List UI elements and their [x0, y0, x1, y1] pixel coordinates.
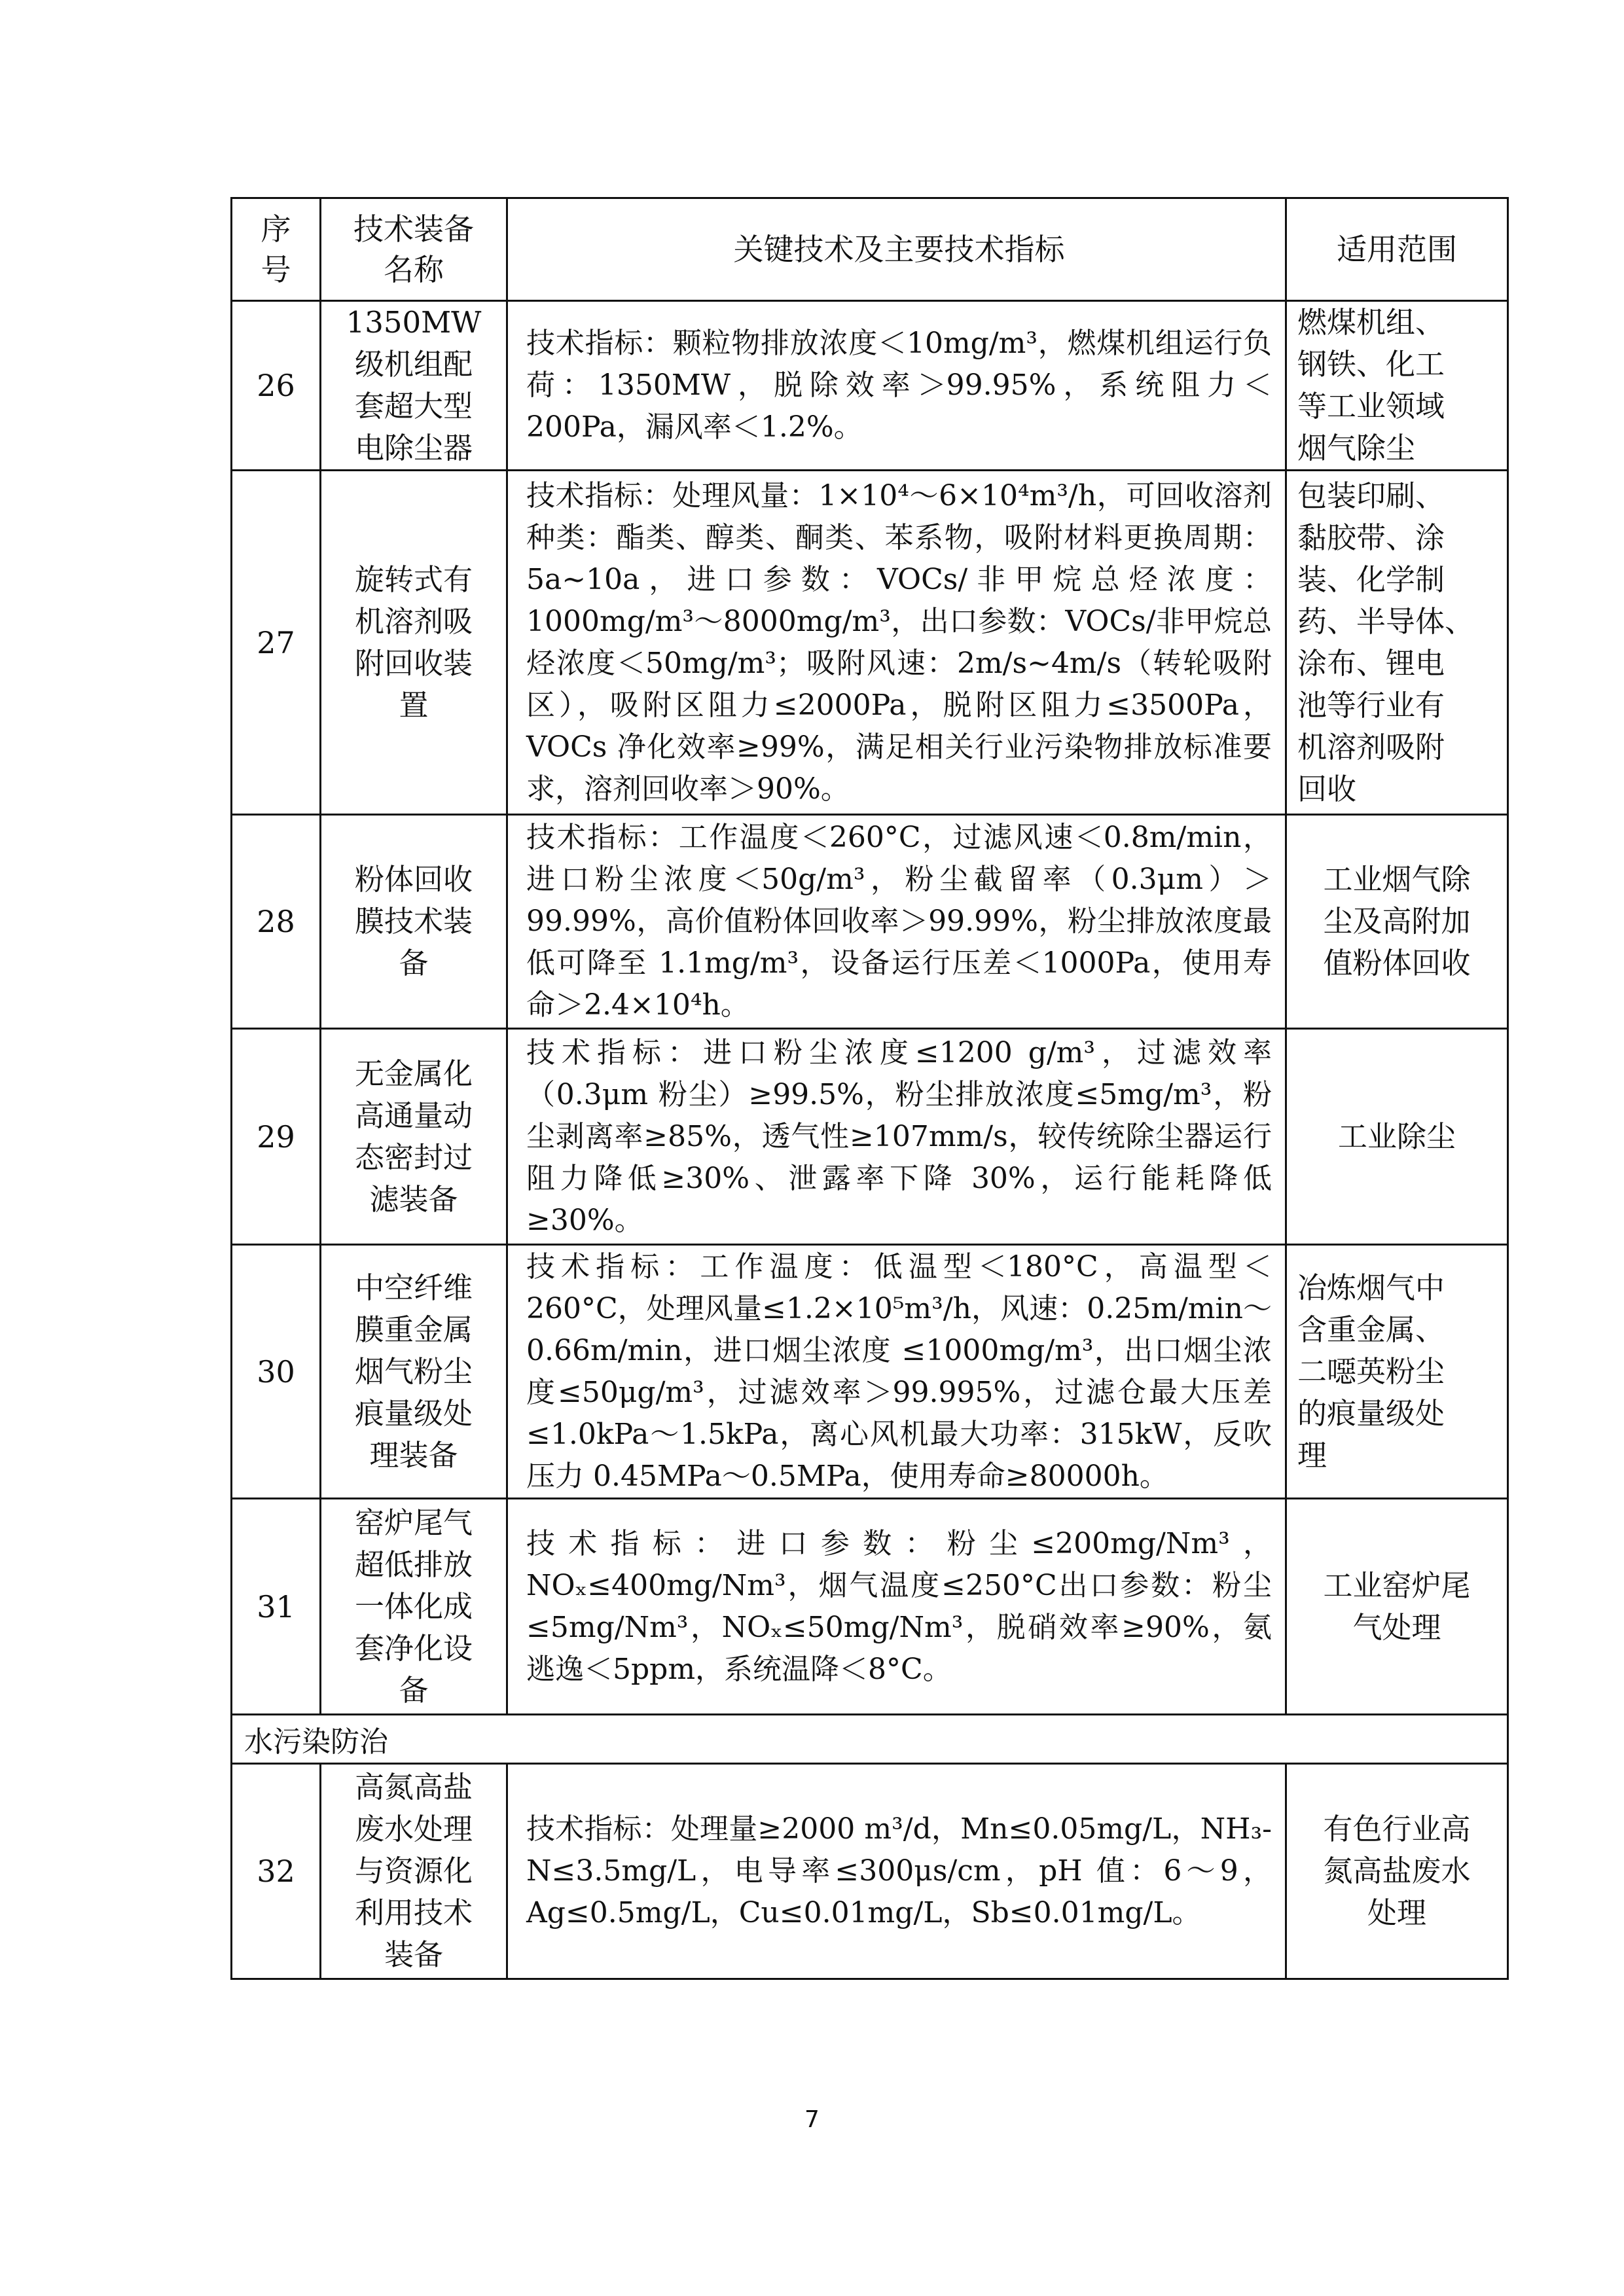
table-header-row: 序 号 技术装备 名称 关键技术及主要技术指标 适用范围 — [232, 198, 1508, 301]
cell-line: 装、化学制 — [1297, 559, 1496, 601]
cell-line: 旋转式有 — [331, 559, 497, 601]
technical-specs: 技术指标：进口参数：粉尘≤200mg/Nm³，NOₓ≤400mg/Nm³，烟气温… — [507, 1499, 1286, 1715]
serial-number: 27 — [232, 471, 321, 815]
cell-line: 一体化成 — [331, 1586, 497, 1628]
cell-line: 黏胶带、涂 — [1297, 517, 1496, 559]
cell-line: 电除尘器 — [331, 427, 497, 469]
equipment-name: 无金属化高通量动态密封过滤装备 — [321, 1029, 507, 1245]
cell-line: 燃煤机组、 — [1297, 302, 1496, 344]
cell-line: 工业烟气除 — [1297, 859, 1496, 901]
cell-line: 痕量级处 — [331, 1393, 497, 1435]
header-equipment-name: 技术装备 名称 — [321, 198, 507, 301]
equipment-name: 粉体回收膜技术装备 — [321, 815, 507, 1029]
cell-line: 氮高盐废水 — [1297, 1850, 1496, 1892]
serial-number: 30 — [232, 1245, 321, 1499]
application-scope: 工业除尘 — [1286, 1029, 1508, 1245]
equipment-name: 旋转式有机溶剂吸附回收装置 — [321, 471, 507, 815]
header-text: 技术装备 — [331, 209, 497, 249]
table-row: 31 窑炉尾气超低排放一体化成套净化设备 技术指标：进口参数：粉尘≤200mg/… — [232, 1499, 1508, 1715]
equipment-name: 高氮高盐废水处理与资源化利用技术装备 — [321, 1764, 507, 1979]
cell-line: 含重金属、 — [1297, 1309, 1496, 1351]
cell-line: 池等行业有 — [1297, 685, 1496, 726]
application-scope: 包装印刷、黏胶带、涂装、化学制药、半导体、涂布、锂电池等行业有机溶剂吸附回收 — [1286, 471, 1508, 815]
cell-line: 机溶剂吸 — [331, 601, 497, 643]
cell-line: 二噁英粉尘 — [1297, 1351, 1496, 1393]
technical-specs: 技术指标：颗粒物排放浓度＜10mg/m³，燃煤机组运行负荷：1350MW，脱除效… — [507, 301, 1286, 471]
cell-line: 处理 — [1297, 1892, 1496, 1934]
application-scope: 工业窑炉尾气处理 — [1286, 1499, 1508, 1715]
serial-number: 28 — [232, 815, 321, 1029]
cell-line: 无金属化 — [331, 1053, 497, 1095]
cell-line: 1350MW — [331, 302, 497, 344]
serial-number: 32 — [232, 1764, 321, 1979]
cell-line: 套净化设 — [331, 1628, 497, 1670]
equipment-table: 序 号 技术装备 名称 关键技术及主要技术指标 适用范围 26 1350MW级机… — [230, 197, 1509, 1980]
cell-line: 超低排放 — [331, 1544, 497, 1586]
equipment-name: 1350MW级机组配套超大型电除尘器 — [321, 301, 507, 471]
cell-line: 回收 — [1297, 768, 1496, 810]
table-row: 26 1350MW级机组配套超大型电除尘器 技术指标：颗粒物排放浓度＜10mg/… — [232, 301, 1508, 471]
cell-line: 药、半导体、 — [1297, 601, 1496, 643]
technical-specs: 技术指标：工作温度：低温型＜180°C，高温型＜260°C，处理风量≤1.2×1… — [507, 1245, 1286, 1499]
cell-line: 理装备 — [331, 1435, 497, 1477]
cell-line: 机溶剂吸附 — [1297, 726, 1496, 768]
cell-line: 废水处理 — [331, 1808, 497, 1850]
cell-line: 套超大型 — [331, 386, 497, 427]
cell-line: 工业除尘 — [1297, 1116, 1496, 1158]
cell-line: 涂布、锂电 — [1297, 643, 1496, 685]
cell-line: 粉体回收 — [331, 859, 497, 901]
application-scope: 燃煤机组、钢铁、化工等工业领域烟气除尘 — [1286, 301, 1508, 471]
section-header-row: 水污染防治 — [232, 1715, 1508, 1764]
table-row: 27 旋转式有机溶剂吸附回收装置 技术指标：处理风量：1×10⁴～6×10⁴m³… — [232, 471, 1508, 815]
cell-line: 工业窑炉尾 — [1297, 1565, 1496, 1607]
cell-line: 中空纤维 — [331, 1267, 497, 1309]
cell-line: 与资源化 — [331, 1850, 497, 1892]
equipment-name: 窑炉尾气超低排放一体化成套净化设备 — [321, 1499, 507, 1715]
application-scope: 工业烟气除尘及高附加值粉体回收 — [1286, 815, 1508, 1029]
serial-number: 29 — [232, 1029, 321, 1245]
header-text: 号 — [232, 249, 319, 290]
cell-line: 高通量动 — [331, 1095, 497, 1137]
cell-line: 高氮高盐 — [331, 1767, 497, 1808]
header-serial-number: 序 号 — [232, 198, 321, 301]
technical-specs: 技术指标：处理量≥2000 m³/d，Mn≤0.05mg/L，NH₃-N≤3.5… — [507, 1764, 1286, 1979]
table-row: 30 中空纤维膜重金属烟气粉尘痕量级处理装备 技术指标：工作温度：低温型＜180… — [232, 1245, 1508, 1499]
cell-line: 包装印刷、 — [1297, 475, 1496, 517]
table-row: 28 粉体回收膜技术装备 技术指标：工作温度＜260°C，过滤风速＜0.8m/m… — [232, 815, 1508, 1029]
application-scope: 有色行业高氮高盐废水处理 — [1286, 1764, 1508, 1979]
cell-line: 附回收装 — [331, 643, 497, 685]
cell-line: 置 — [331, 685, 497, 726]
cell-line: 滤装备 — [331, 1179, 497, 1221]
table-row: 29 无金属化高通量动态密封过滤装备 技术指标：进口粉尘浓度≤1200 g/m³… — [232, 1029, 1508, 1245]
header-key-technology: 关键技术及主要技术指标 — [507, 198, 1286, 301]
header-text: 序 — [232, 209, 319, 249]
cell-line: 钢铁、化工 — [1297, 344, 1496, 386]
cell-line: 烟气粉尘 — [331, 1351, 497, 1393]
cell-line: 理 — [1297, 1435, 1496, 1477]
cell-line: 窑炉尾气 — [331, 1502, 497, 1544]
equipment-name: 中空纤维膜重金属烟气粉尘痕量级处理装备 — [321, 1245, 507, 1499]
section-title: 水污染防治 — [232, 1715, 1508, 1764]
cell-line: 级机组配 — [331, 344, 497, 386]
header-application-scope: 适用范围 — [1286, 198, 1508, 301]
table-body: 26 1350MW级机组配套超大型电除尘器 技术指标：颗粒物排放浓度＜10mg/… — [232, 301, 1508, 1979]
application-scope: 冶炼烟气中含重金属、二噁英粉尘的痕量级处理 — [1286, 1245, 1508, 1499]
cell-line: 的痕量级处 — [1297, 1393, 1496, 1435]
cell-line: 冶炼烟气中 — [1297, 1267, 1496, 1309]
cell-line: 利用技术 — [331, 1892, 497, 1934]
cell-line: 尘及高附加 — [1297, 901, 1496, 942]
technical-specs: 技术指标：进口粉尘浓度≤1200 g/m³，过滤效率（0.3μm 粉尘）≥99.… — [507, 1029, 1286, 1245]
technical-specs: 技术指标：工作温度＜260°C，过滤风速＜0.8m/min，进口粉尘浓度＜50g… — [507, 815, 1286, 1029]
cell-line: 值粉体回收 — [1297, 942, 1496, 984]
cell-line: 气处理 — [1297, 1607, 1496, 1649]
cell-line: 备 — [331, 1670, 497, 1712]
cell-line: 备 — [331, 942, 497, 984]
technical-specs: 技术指标：处理风量：1×10⁴～6×10⁴m³/h，可回收溶剂种类：酯类、醇类、… — [507, 471, 1286, 815]
cell-line: 态密封过 — [331, 1137, 497, 1179]
cell-line: 有色行业高 — [1297, 1808, 1496, 1850]
cell-line: 等工业领域 — [1297, 386, 1496, 427]
cell-line: 膜技术装 — [331, 901, 497, 942]
page-number: 7 — [0, 2106, 1624, 2133]
cell-line: 烟气除尘 — [1297, 427, 1496, 469]
table-row: 32 高氮高盐废水处理与资源化利用技术装备 技术指标：处理量≥2000 m³/d… — [232, 1764, 1508, 1979]
serial-number: 26 — [232, 301, 321, 471]
serial-number: 31 — [232, 1499, 321, 1715]
cell-line: 装备 — [331, 1934, 497, 1976]
cell-line: 膜重金属 — [331, 1309, 497, 1351]
header-text: 名称 — [331, 249, 497, 290]
